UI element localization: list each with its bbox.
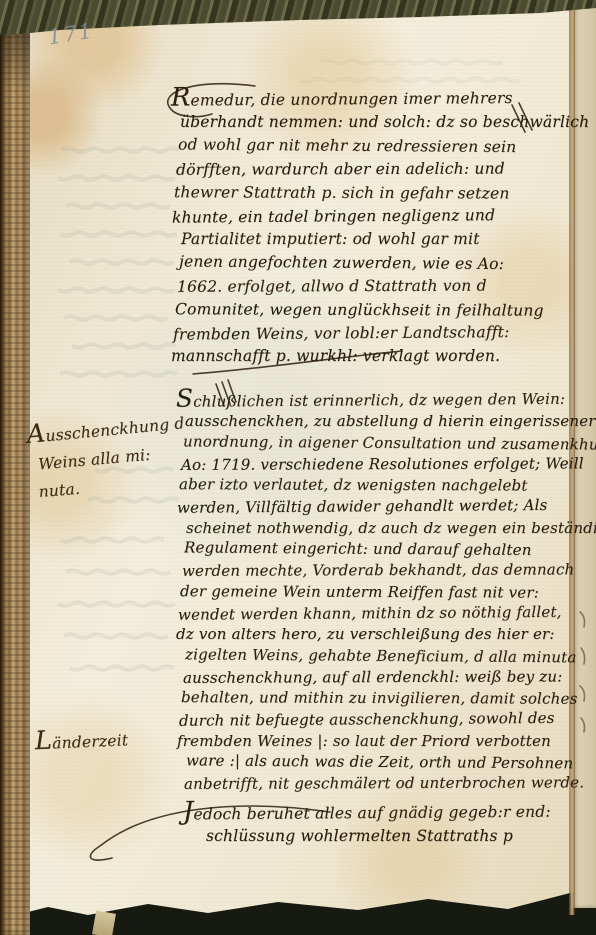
handwritten-line: werden, Villfältig dawider gehandlt werd… — [177, 495, 596, 520]
handwritten-line: Jedoch beruhet alles auf gnädig gegeb:r … — [183, 801, 551, 827]
handwritten-line: Ao: 1719. verschiedene Resolutiones erfo… — [181, 453, 596, 476]
handwritten-line: od wohl gar nit mehr zu redressieren sei… — [178, 133, 588, 160]
handwritten-line: unordnung, in aigener Consultation und z… — [183, 431, 596, 456]
handwritten-line: thewrer Stattrath p. sich in gefahr setz… — [174, 181, 583, 206]
handwritten-line: Regulament eingericht: und darauf gehalt… — [184, 537, 596, 562]
handwritten-line: Remedur, die unordnungen imer mehrers — [171, 86, 581, 113]
margin-note-1: Ausschenckhung dWeins alla mi:nuta. — [31, 409, 196, 506]
handwritten-line: zigelten Weins, gehabte Beneficium, d al… — [185, 644, 596, 669]
handwritten-line: Schlußlichen ist erinnerlich, dz wegen d… — [176, 386, 596, 413]
handwritten-line: Comunitet, wegen unglückhseit in feilhal… — [175, 298, 584, 323]
handwritten-line: aber izto verlautet, dz wenigsten nachge… — [179, 474, 596, 497]
handwritten-line: scheinet nothwendig, dz auch dz wegen ei… — [186, 518, 596, 539]
handwritten-line: mannschafft p. wurkhl: verklagt worden. — [171, 345, 580, 368]
paragraph-2: Schlußlichen ist erinnerlich, dz wegen d… — [181, 388, 596, 795]
handwritten-line: überhandt nemmen: und solch: dz so besch… — [180, 111, 589, 134]
handwritten-line: wendet werden khann, mithin dz so nöthig… — [178, 601, 596, 626]
handwritten-line: der gemeine Wein unterm Reiffen fast nit… — [180, 581, 596, 604]
page-number: 171 — [47, 21, 96, 49]
handwritten-line: ware :| als auch was die Zeit, orth und … — [186, 750, 596, 775]
handwritten-line: 1662. erfolget, allwo d Stattrath von d — [177, 274, 586, 299]
handwritten-line: dz von alters hero, zu verschleißung des… — [176, 624, 596, 645]
handwritten-line: behalten, und mithin zu invigilieren, da… — [181, 687, 596, 710]
handwritten-line: frembden Weins, vor lobl:er Landtschafft… — [173, 321, 583, 348]
handwritten-line: schlüssung wohlermelten Stattraths p — [206, 825, 560, 848]
handwritten-line: frembden Weines |: so laut der Priord ve… — [177, 731, 596, 752]
handwritten-line: dörfften, wardurch aber ein adelich: und — [176, 157, 585, 182]
handwritten-line: durch nit befuegte ausschenckhung, sowoh… — [179, 708, 596, 733]
margin-note-2: Länderzeit — [40, 726, 134, 757]
handwritten-line: Länderzeit — [34, 726, 128, 758]
handwritten-line: ausschenckhung, auf all erdenckhl: weiß … — [183, 666, 596, 689]
handwritten-line: anbetrifft, nit geschmälert od unterbroc… — [184, 772, 596, 795]
paragraph-3: Jedoch beruhet alles auf gnädig gegeb:r … — [188, 802, 556, 848]
handwritten-line: werden mechte, Vorderab bekhandt, das de… — [182, 560, 596, 583]
paragraph-1: Remedur, die unordnungen imer mehrersübe… — [176, 88, 585, 369]
handwritten-line: khunte, ein tadel bringen negligenz und — [172, 203, 582, 230]
manuscript-page-photo: 171 Remedur, die unordnungen imer mehrer… — [0, 0, 596, 935]
page-content: 171 Remedur, die unordnungen imer mehrer… — [0, 0, 596, 935]
handwritten-line: jenen angefochten zuwerden, wie es Ao: — [179, 250, 589, 277]
handwritten-line: ausschenckhen, zu abstellung d hierin ei… — [185, 411, 596, 432]
handwritten-line: Partialitet imputiert: od wohl gar mit — [181, 228, 590, 251]
